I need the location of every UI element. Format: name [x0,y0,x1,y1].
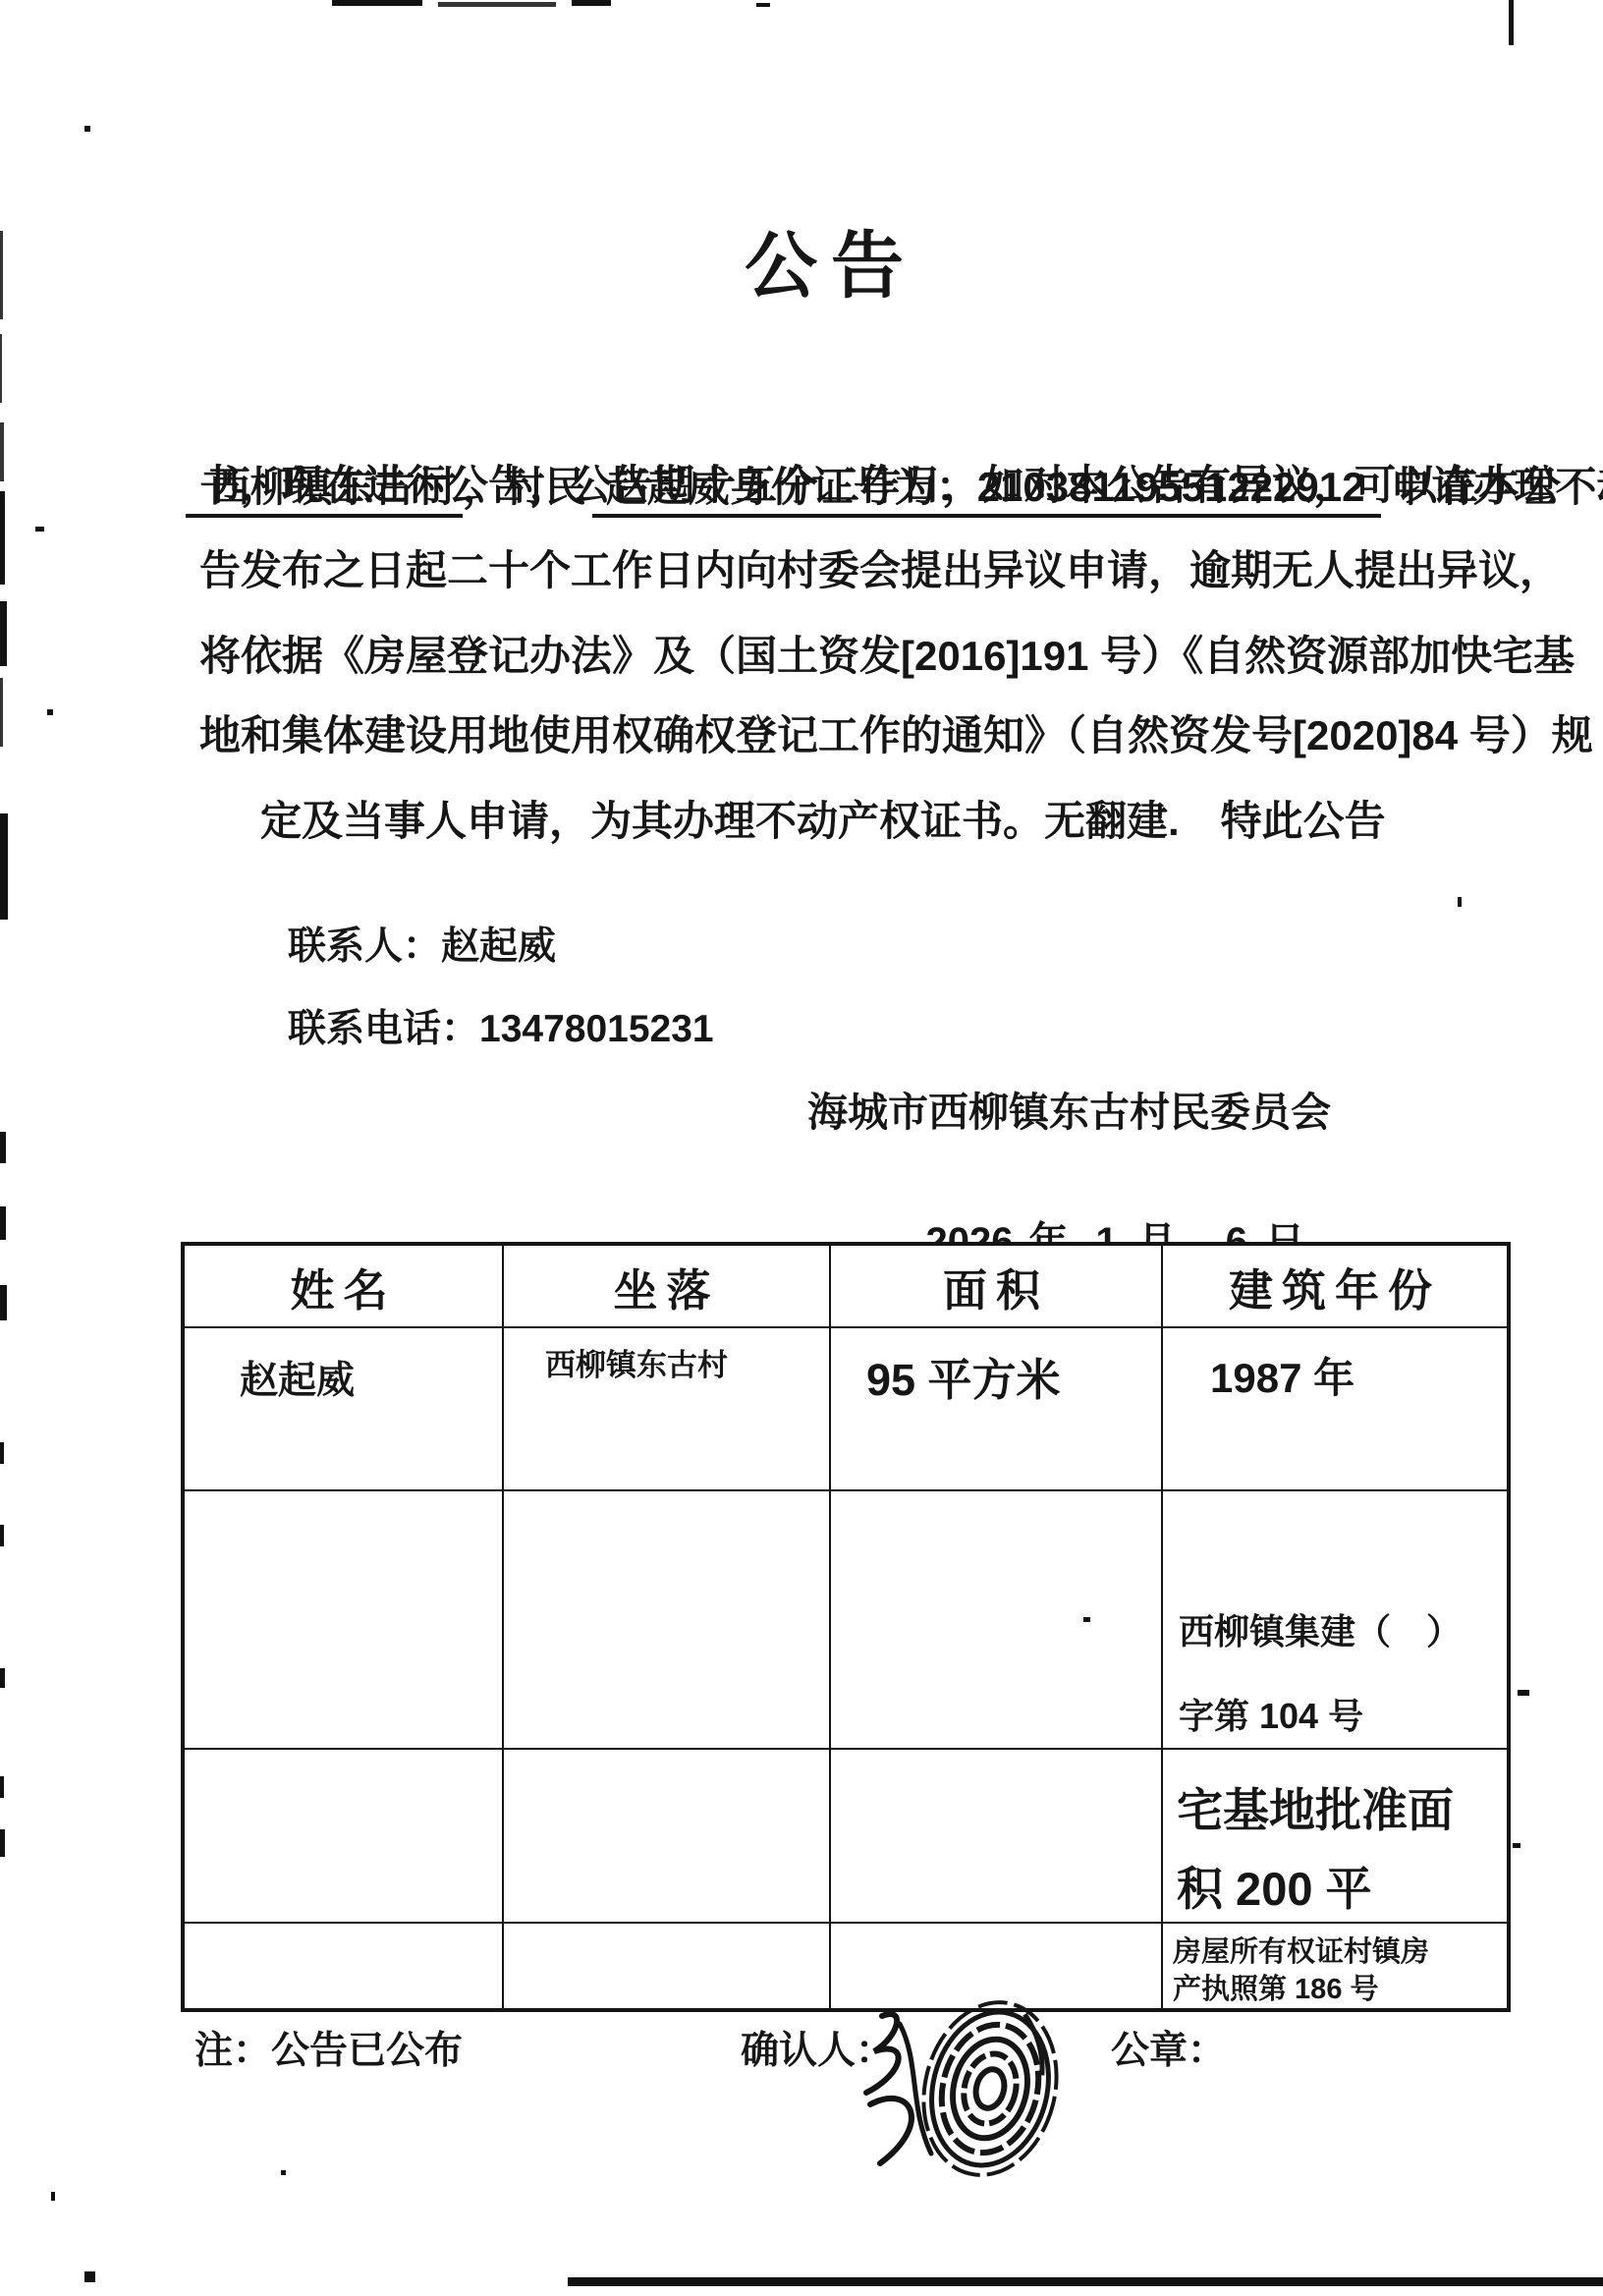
scan-speck [51,2192,55,2201]
table-header-location: 坐落 [504,1246,831,1328]
table-cell-empty [185,1924,504,2008]
seal-label: 公章： [1111,2030,1226,2073]
notice-line-6: 定及当事人申请，为其办理不动产权证书。无翻建. 特此公告 [260,779,1386,863]
scan-artifact [0,1206,6,1240]
notice-line-5: 地和集体建设用地使用权确权登记工作的通知》（自然资发号[2020]84 号）规 [199,694,1593,777]
scan-speck [84,2271,95,2282]
page-title: 公告 [29,208,1603,312]
scan-artifact [0,231,3,319]
approved-area-line-1: 宅基地批准面 [1177,1771,1507,1850]
scan-speck [47,709,53,715]
scan-artifact [756,3,770,7]
certificate-line-2: 字第 104 号 [1179,1674,1507,1750]
table-cell-empty [185,1750,504,1924]
scan-artifact [0,491,5,585]
scan-speck [1518,1690,1529,1696]
table-cell-name: 赵起威 [185,1328,504,1491]
table-cell-house-license: 房屋所有权证村镇房产执照第 186 号 [1163,1924,1507,2008]
scan-artifact [0,1829,5,1857]
scan-artifact [0,1776,4,1798]
table-cell-empty [831,1750,1163,1924]
fingerprint-stamp [841,1990,1086,2177]
announcement-table: 姓名 坐落 面积 建筑年份 赵起威 西柳镇东古村 95 平方米 1987 年 西… [181,1242,1511,2012]
notice-line-1: 西柳镇东古村，村民赵起威身份证号为：21038119551222912申请办理不… [139,362,1603,445]
scan-artifact [0,334,2,403]
table-cell-certificate-number: 西柳镇集建（ ）字第 104 号 [1163,1491,1507,1750]
scan-artifact [1509,0,1514,45]
scanned-notice-page: 公告 西柳镇东古村，村民赵起威身份证号为：21038119551222912申请… [0,0,1603,2296]
scan-artifact [438,2,556,7]
table-cell-build-year: 1987 年 [1163,1328,1507,1491]
committee-signature: 海城市西柳镇东古村民委员会 [807,1091,1331,1134]
notice-line-3: 告发布之日起二十个工作日内向村委会提出异议申请，逾期无人提出异议， [199,529,1561,612]
contact-phone: 联系电话：13478015231 [288,1008,714,1051]
scan-artifact [0,1132,6,1163]
scan-speck [35,527,44,532]
approved-area-line-2: 积 200 平 [1177,1850,1507,1924]
scan-artifact [0,678,3,747]
notice-line-4: 将依据《房屋登记办法》及（国土资发[2016]191 号）《自然资源部加快宅基 [199,614,1575,698]
scan-artifact [0,1668,5,1688]
house-license-line-1: 房屋所有权证村镇房 [1173,1933,1507,1971]
table-cell-empty [504,1924,831,2008]
scan-speck [1513,1843,1520,1848]
scan-artifact [0,422,4,481]
scan-artifact [0,1442,4,1464]
scan-speck [84,126,90,132]
footer-note: 注：公告已公布 [194,2030,463,2073]
house-license-line-2: 产执照第 186 号 [1173,1971,1507,2008]
table-cell-empty [185,1491,504,1750]
certificate-line-1: 西柳镇集建（ ） [1179,1590,1507,1674]
table-cell-empty [504,1750,831,1924]
table-header-build-year: 建筑年份 [1163,1246,1507,1328]
scan-speck [281,2170,286,2175]
table-cell-location: 西柳镇东古村 [504,1328,831,1491]
scan-artifact [572,0,611,6]
confirm-signature [866,2014,931,2163]
scan-artifact [0,813,8,920]
table-header-area: 面积 [831,1246,1163,1328]
table-cell-empty [504,1491,831,1750]
table-cell-empty [831,1491,1163,1750]
notice-line-2: 书，现在进行公告，公告期十五个工作日，如对本公告有异议，可以在本公 [199,443,1561,527]
scan-artifact [332,0,422,6]
scan-bottom-line [568,2277,1603,2286]
table-cell-approved-area: 宅基地批准面积 200 平 [1163,1750,1507,1924]
table-cell-area: 95 平方米 [831,1328,1163,1491]
table-header-name: 姓名 [185,1246,504,1328]
contact-person: 联系人：赵起威 [288,925,556,969]
scan-speck [1458,897,1462,907]
scan-artifact [0,1525,4,1546]
scan-artifact [0,601,7,666]
scan-speck [1083,1617,1090,1622]
scan-artifact [0,1285,7,1320]
